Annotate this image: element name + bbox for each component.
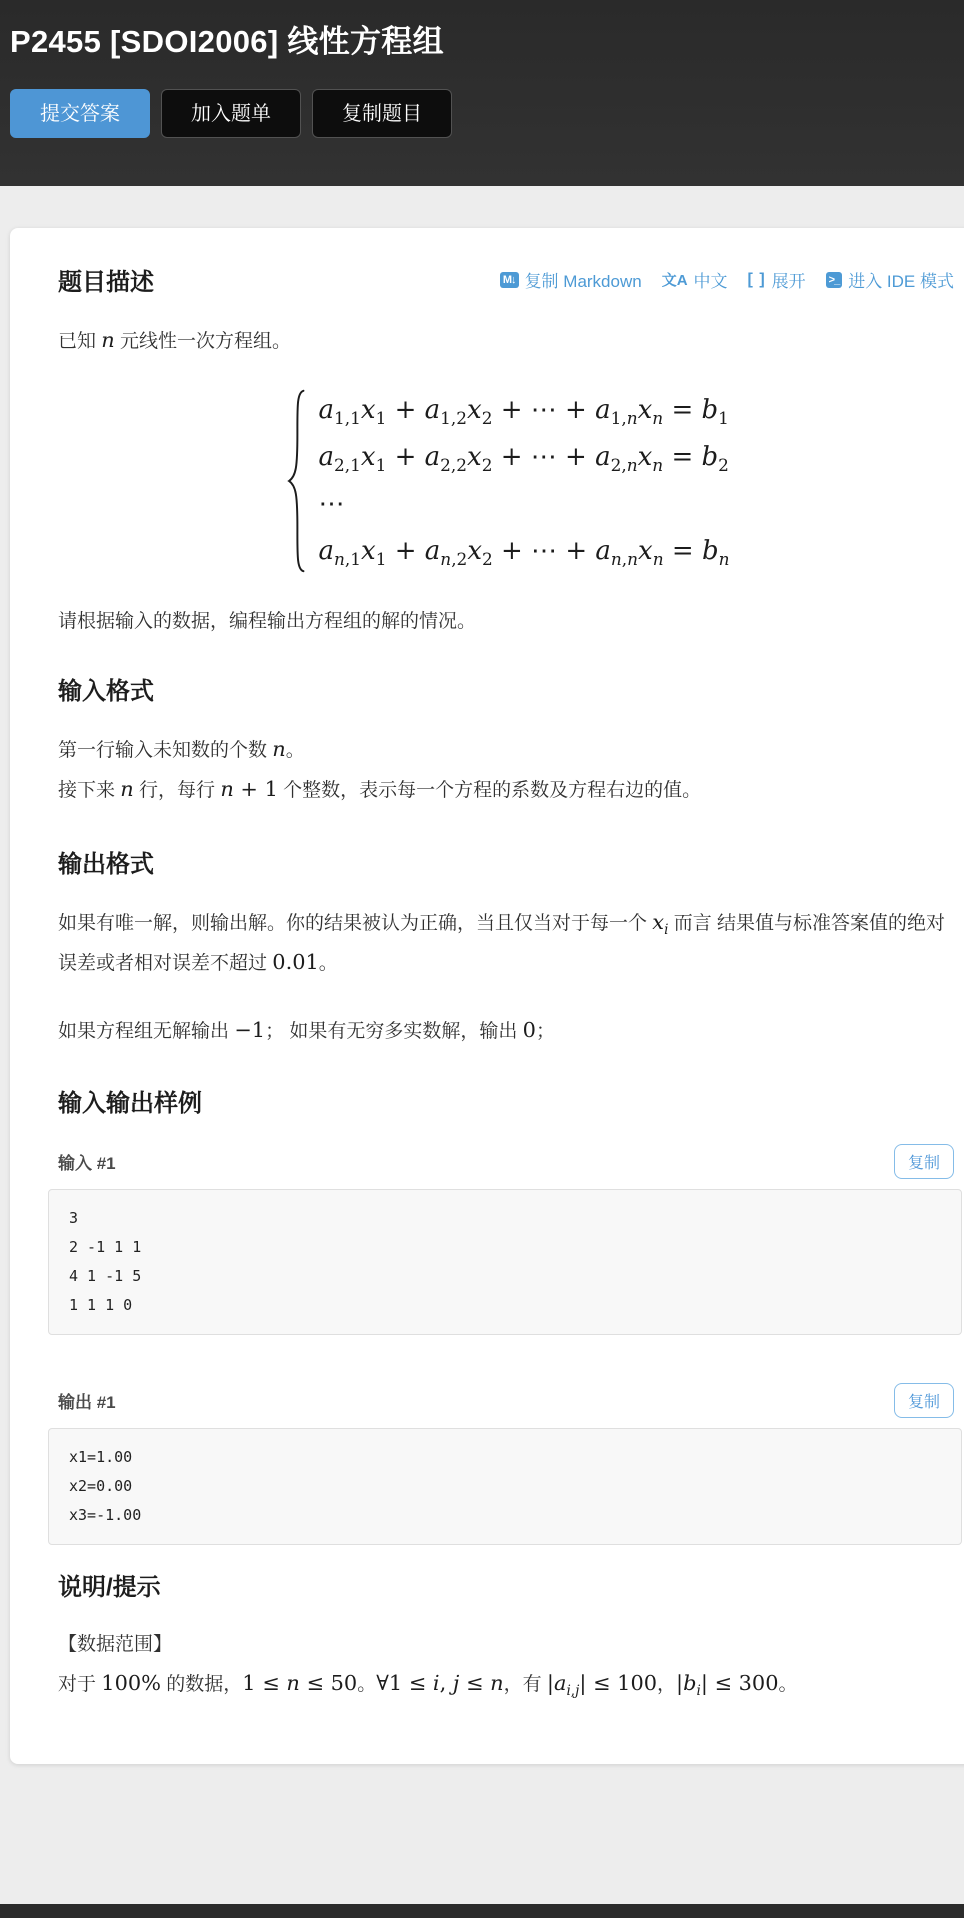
section-heading-output-format: 输出格式 <box>58 844 954 879</box>
markdown-icon: M↓ <box>500 272 519 288</box>
equation-line: ⋯ <box>319 481 730 528</box>
equation-line: a2,1x1 + a2,2x2 + ⋯ + a2,nxn = b2 <box>319 434 730 481</box>
submit-answer-button[interactable]: 提交答案 <box>10 89 150 138</box>
description-section-head: 题目描述 M↓ 复制 Markdown 文A 中文 [ ] 展开 >_ 进入 I… <box>58 262 954 297</box>
copy-sample-input-button[interactable]: 复制 <box>894 1144 954 1179</box>
equation-system: a1,1x1 + a1,2x2 + ⋯ + a1,nxn = b1 a2,1x1… <box>58 387 954 575</box>
description-paragraph: 已知 n 元线性一次方程组。 <box>58 321 954 361</box>
expand-icon: [ ] <box>748 271 766 289</box>
equation-lines: a1,1x1 + a1,2x2 + ⋯ + a1,nxn = b1 a2,1x1… <box>319 387 730 575</box>
ide-mode-link[interactable]: >_ 进入 IDE 模式 <box>826 267 954 292</box>
add-to-list-button[interactable]: 加入题单 <box>161 89 301 138</box>
language-label: 中文 <box>694 267 728 292</box>
output-format-paragraph: 如果方程组无解输出 −1； 如果有无穷多实数解，输出 0； <box>58 1011 954 1051</box>
problem-card: 题目描述 M↓ 复制 Markdown 文A 中文 [ ] 展开 >_ 进入 I… <box>10 228 964 1764</box>
copy-markdown-label: 复制 Markdown <box>525 267 642 292</box>
output-format-paragraph: 如果有唯一解，则输出解。你的结果被认为正确，当且仅当对于每一个 xi 而言 结果… <box>58 903 954 983</box>
equation-line: an,1x1 + an,2x2 + ⋯ + an,nxn = bn <box>319 528 730 575</box>
expand-label: 展开 <box>772 267 806 292</box>
copy-problem-button[interactable]: 复制题目 <box>312 89 452 138</box>
section-heading-hint: 说明/提示 <box>58 1567 954 1602</box>
hint-paragraph: 【数据范围】 对于 100% 的数据，1 ≤ n ≤ 50。∀1 ≤ i, j … <box>58 1626 954 1704</box>
hint-line: 对于 100% 的数据，1 ≤ n ≤ 50。∀1 ≤ i, j ≤ n，有 |… <box>58 1664 954 1704</box>
expand-link[interactable]: [ ] 展开 <box>748 267 806 292</box>
input-format-line: 第一行输入未知数的个数 n。 <box>58 730 954 770</box>
sample-input-label: 输入 #1 <box>58 1149 116 1174</box>
sample-output-code: x1=1.00 x2=0.00 x3=-1.00 <box>48 1428 962 1545</box>
section-heading-description: 题目描述 <box>58 262 154 297</box>
sample-output-head: 输出 #1 复制 <box>58 1383 954 1418</box>
toolbar-links: M↓ 复制 Markdown 文A 中文 [ ] 展开 >_ 进入 IDE 模式 <box>500 267 954 292</box>
header-button-row: 提交答案 加入题单 复制题目 <box>10 89 964 138</box>
hint-line: 【数据范围】 <box>58 1626 954 1664</box>
sample-output-label: 输出 #1 <box>58 1388 116 1413</box>
problem-page: P2455 [SDOI2006] 线性方程组 提交答案 加入题单 复制题目 题目… <box>0 0 964 1918</box>
input-format-line: 接下来 n 行，每行 n + 1 个整数，表示每一个方程的系数及方程右边的值。 <box>58 770 954 810</box>
input-format-paragraph: 第一行输入未知数的个数 n。 接下来 n 行，每行 n + 1 个整数，表示每一… <box>58 730 954 810</box>
copy-sample-output-button[interactable]: 复制 <box>894 1383 954 1418</box>
page-footer-bar <box>0 1904 964 1918</box>
translate-icon: 文A <box>662 269 688 290</box>
ide-mode-label: 进入 IDE 模式 <box>848 267 954 292</box>
sample-input-head: 输入 #1 复制 <box>58 1144 954 1179</box>
section-heading-samples: 输入输出样例 <box>58 1083 954 1118</box>
language-link[interactable]: 文A 中文 <box>662 267 728 292</box>
section-heading-input-format: 输入格式 <box>58 671 954 706</box>
brace-left-icon <box>283 388 309 574</box>
description-paragraph: 请根据输入的数据，编程输出方程组的解的情况。 <box>58 603 954 641</box>
sample-input-code: 3 2 -1 1 1 4 1 -1 5 1 1 1 0 <box>48 1189 962 1335</box>
problem-title: P2455 [SDOI2006] 线性方程组 <box>10 16 964 61</box>
problem-header: P2455 [SDOI2006] 线性方程组 提交答案 加入题单 复制题目 <box>0 0 964 186</box>
terminal-icon: >_ <box>826 272 843 288</box>
equation-line: a1,1x1 + a1,2x2 + ⋯ + a1,nxn = b1 <box>319 387 730 434</box>
copy-markdown-link[interactable]: M↓ 复制 Markdown <box>500 267 642 292</box>
